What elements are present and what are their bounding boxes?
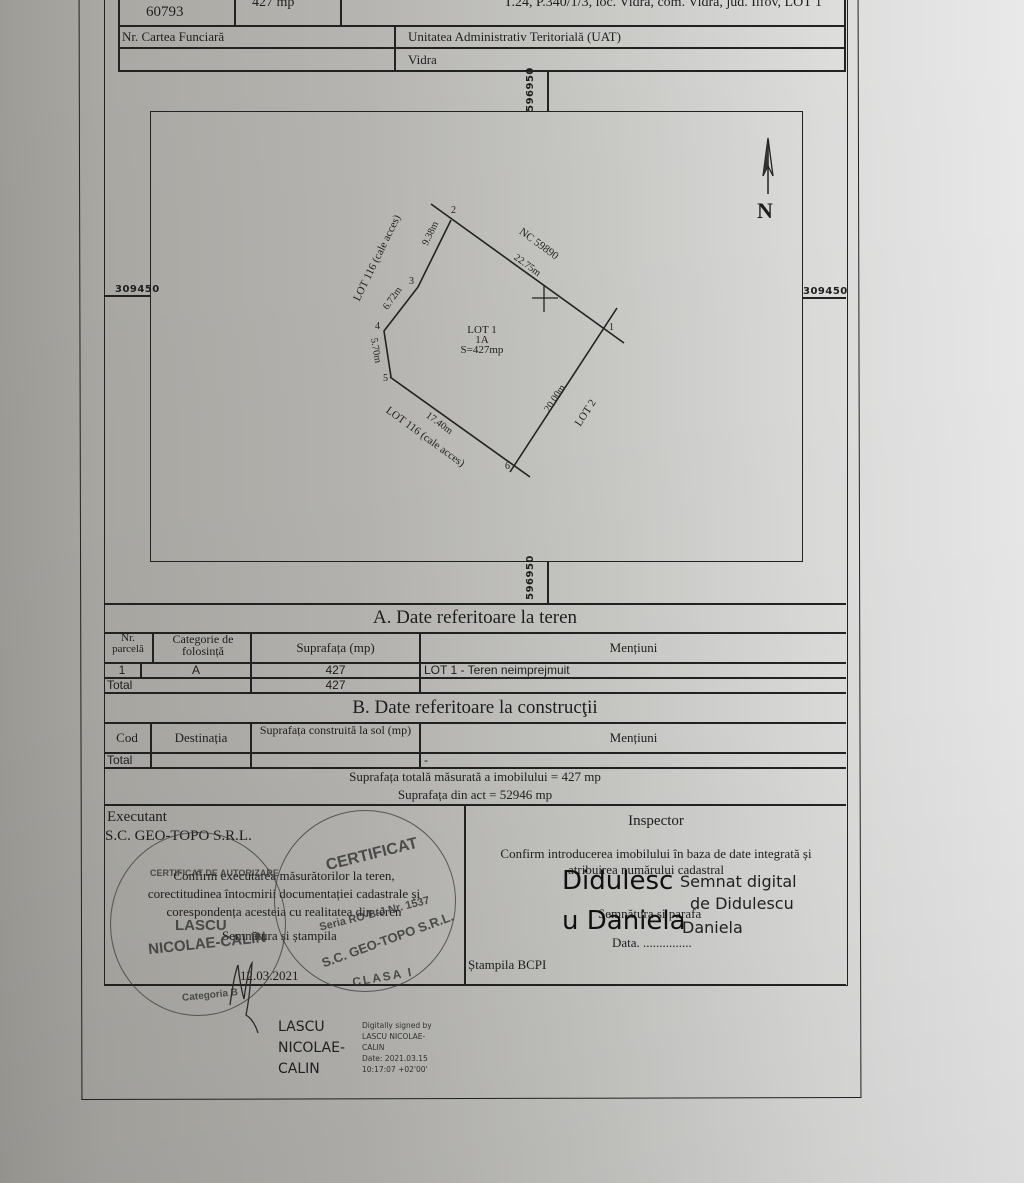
digital-signer-name: LASCU NICOLAE- CALIN (278, 1017, 345, 1080)
uat-label: Unitatea Administrativ Teritorială (UAT) (408, 29, 621, 45)
signature-info-line: Digitally signed by (362, 1020, 432, 1031)
land-book-label: Nr. Cartea Funciară (122, 29, 224, 45)
uat-value: Vidra (408, 52, 437, 68)
inspector-digital-note-3: Daniela (682, 918, 743, 937)
total-area: 427 (252, 678, 419, 692)
grid-tick-right (802, 297, 846, 299)
section-b-title: B. Date referitoare la construcţii (104, 697, 846, 719)
coordinate-label-left: 309450 (115, 284, 160, 295)
vertex-4: 4 (375, 321, 380, 332)
inspector-digital-note-1: Semnat digital (680, 872, 797, 891)
total-label: Total (107, 753, 132, 767)
header-area: Suprafața (mp) (252, 640, 419, 656)
inspector-confirm-1: Confirm introducerea imobilului în baza … (466, 846, 846, 862)
header-area: 427 mp (252, 0, 294, 11)
header-destination: Destinația (152, 730, 250, 746)
header-code: Cod (104, 730, 150, 746)
coordinate-label-right: 309450 (803, 286, 848, 297)
inspector-stamp-label: Ștampila BCPI (468, 957, 546, 973)
header-divider (394, 25, 396, 71)
deed-area: Suprafața din act = 52946 mp (104, 787, 846, 803)
total-label: Total (107, 678, 132, 692)
coordinate-label-top: 596950 (525, 67, 536, 112)
signature-info-line: CALIN (362, 1042, 432, 1053)
header-hline (118, 47, 846, 49)
signature-info-line: Date: 2021.03.15 (362, 1053, 432, 1064)
signer-name-line: LASCU (278, 1017, 345, 1038)
header-parcel-no: Nr. parcelă (104, 633, 152, 655)
row-mentions: LOT 1 - Teren neimprejmuit (424, 663, 570, 677)
stamp1-name1: LASCU (175, 917, 227, 934)
section-a-title: A. Date referitoare la teren (104, 607, 846, 629)
grid-tick-left (104, 295, 150, 297)
section-divider (104, 603, 846, 605)
digital-signature-info: Digitally signed by LASCU NICOLAE- CALIN… (362, 1020, 432, 1075)
inspector-digital-note-2: de Didulescu (690, 894, 794, 913)
total-mentions: - (424, 753, 428, 767)
stamp1-top-text: CERTIFICAT DE AUTORIZARE (150, 868, 279, 878)
row-line (104, 804, 846, 806)
signature-info-line: LASCU NICOLAE- (362, 1031, 432, 1042)
north-arrow-icon (756, 136, 780, 196)
header-category: Categorie de folosință (160, 633, 246, 657)
header-address: T.24, P.340/1/3, loc. Vidra, com. Vidra,… (342, 0, 822, 11)
inspector-digital-name-2: u Daniela (562, 906, 686, 936)
executant-label: Executant (107, 809, 167, 826)
header-mentions: Mențiuni (421, 730, 846, 746)
vertex-5: 5 (383, 373, 388, 384)
lot-label: LOT 1 1A S=427mp (452, 325, 512, 355)
north-label: N (757, 198, 773, 224)
header-built-area: Suprafața construită la sol (mp) (252, 724, 419, 737)
signer-name-line: CALIN (278, 1059, 345, 1080)
signer-name-line: NICOLAE- (278, 1038, 345, 1059)
row-category: A (142, 663, 250, 677)
inspector-label: Inspector (466, 813, 846, 830)
header-mentions: Mențiuni (421, 640, 846, 656)
row-line (104, 722, 846, 724)
measured-area: Suprafața totală măsurată a imobilului =… (104, 769, 846, 785)
lot-area: S=427mp (452, 345, 512, 355)
row-parcel-no: 1 (104, 663, 140, 677)
vertex-1: 1 (609, 322, 614, 333)
handwritten-signature (224, 955, 264, 1035)
header-left-border (118, 0, 120, 72)
vertex-2: 2 (451, 205, 456, 216)
col-line (464, 805, 466, 985)
row-line (104, 752, 846, 754)
col-line (152, 632, 154, 663)
row-line (104, 692, 846, 694)
header-right-border (844, 0, 846, 72)
grid-tick-top (547, 71, 549, 111)
signature-info-line: 10:17:07 +02'00' (362, 1064, 432, 1075)
cadastral-number: 60793 (146, 4, 184, 21)
header-divider (234, 0, 236, 25)
coordinate-label-bottom: 596950 (525, 555, 536, 600)
header-hline (118, 25, 846, 27)
inspector-date-label: Data. ............... (612, 935, 692, 951)
vertex-3: 3 (409, 276, 414, 287)
header-hline (118, 70, 846, 72)
row-area: 427 (252, 663, 419, 677)
vertex-6: 6 (505, 461, 510, 472)
row-line (104, 677, 846, 679)
grid-tick-bottom (547, 561, 549, 603)
inspector-digital-name-1: Didulesc (562, 866, 673, 896)
